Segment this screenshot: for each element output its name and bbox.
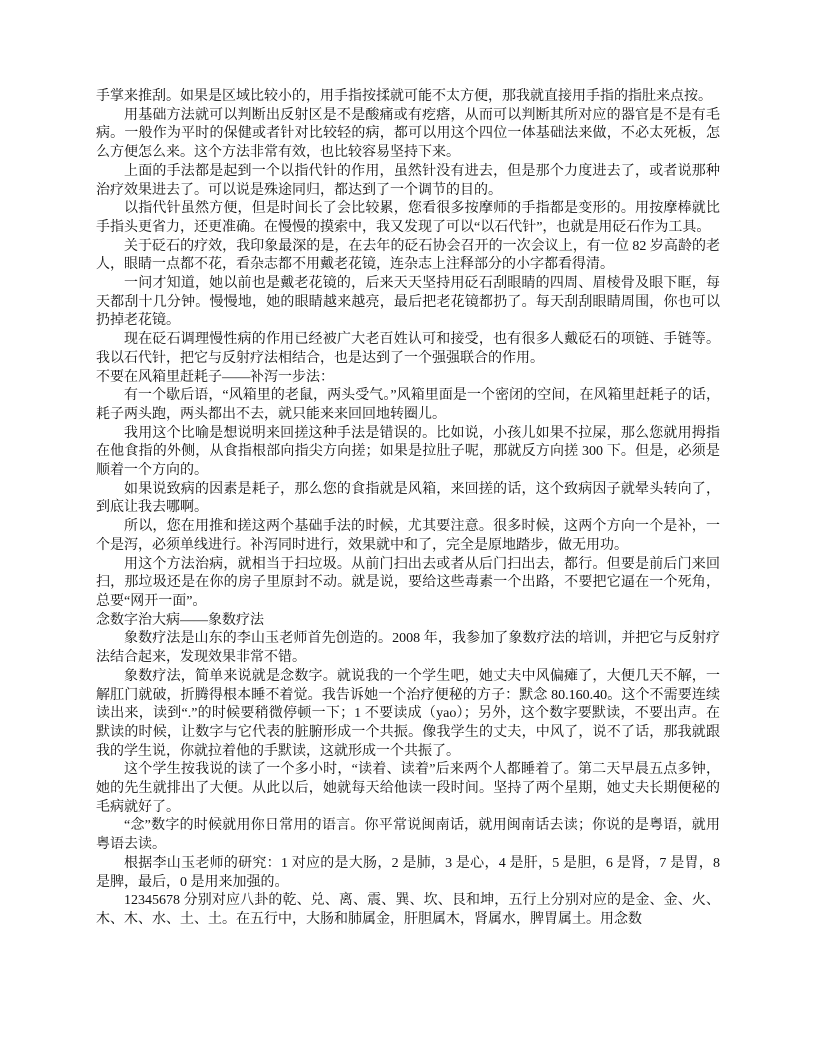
paragraph: 上面的手法都是起到一个以指代针的作用，虽然针没有进去，但是那个力度进去了，或者说… xyxy=(96,163,720,200)
paragraph: 象数疗法是山东的李山玉老师首先创造的。2008 年，我参加了象数疗法的培训，并把… xyxy=(96,630,720,667)
paragraph: 所以，您在用推和搓这两个基础手法的时候，尤其要注意。很多时候，这两个方向一个是补… xyxy=(96,518,720,555)
paragraph: 现在砭石调理慢性病的作用已经被广大老百姓认可和接受，也有很多人戴砭石的项链、手链… xyxy=(96,331,720,368)
paragraph: 如果说致病的因素是耗子，那么您的食指就是风箱，来回搓的话，这个致病因子就晕头转向… xyxy=(96,481,720,518)
paragraph: “念”数字的时候就用你日常用的语言。你平常说闽南话，就用闽南话去读；你说的是粤语… xyxy=(96,817,720,854)
paragraph: 用这个方法治病，就相当于扫垃圾。从前门扫出去或者从后门扫出去，都行。但要是前后门… xyxy=(96,556,720,612)
paragraph: 12345678 分别对应八卦的乾、兑、离、震、巽、坎、艮和坤，五行上分别对应的… xyxy=(96,892,720,929)
paragraph: 象数疗法，简单来说就是念数字。就说我的一个学生吧，她丈夫中风偏瘫了，大便几天不解… xyxy=(96,668,720,762)
paragraph: 以指代针虽然方便，但是时间长了会比较累，您看很多按摩师的手指都是变形的。用按摩棒… xyxy=(96,200,720,237)
section-heading: 不要在风箱里赶耗子——补泻一步法： xyxy=(96,369,720,388)
paragraph: 有一个歇后语，“风箱里的老鼠，两头受气。”风箱里面是一个密闭的空间，在风箱里赶耗… xyxy=(96,387,720,424)
paragraph: 手掌来推刮。如果是区域比较小的，用手指按揉就可能不太方便，那我就直接用手指的指肚… xyxy=(96,88,720,107)
document-body: 手掌来推刮。如果是区域比较小的，用手指按揉就可能不太方便，那我就直接用手指的指肚… xyxy=(96,88,720,930)
paragraph: 一问才知道，她以前也是戴老花镜的，后来天天坚持用砭石刮眼睛的四周、眉棱骨及眼下眶… xyxy=(96,275,720,331)
paragraph: 用基础方法就可以判断出反射区是不是酸痛或有疙瘩，从而可以判断其所对应的器官是不是… xyxy=(96,107,720,163)
document-page: 手掌来推刮。如果是区域比较小的，用手指按揉就可能不太方便，那我就直接用手指的指肚… xyxy=(0,0,816,1056)
section-heading: 念数字治大病——象数疗法 xyxy=(96,612,720,631)
paragraph: 我用这个比喻是想说明来回搓这种手法是错误的。比如说，小孩儿如果不拉屎，那么您就用… xyxy=(96,425,720,481)
paragraph: 这个学生按我说的读了一个多小时，“读着、读着”后来两个人都睡着了。第二天早晨五点… xyxy=(96,761,720,817)
paragraph: 根据李山玉老师的研究：1 对应的是大肠，2 是肺，3 是心，4 是肝，5 是胆，… xyxy=(96,855,720,892)
paragraph: 关于砭石的疗效，我印象最深的是，在去年的砭石协会召开的一次会议上，有一位 82 … xyxy=(96,238,720,275)
